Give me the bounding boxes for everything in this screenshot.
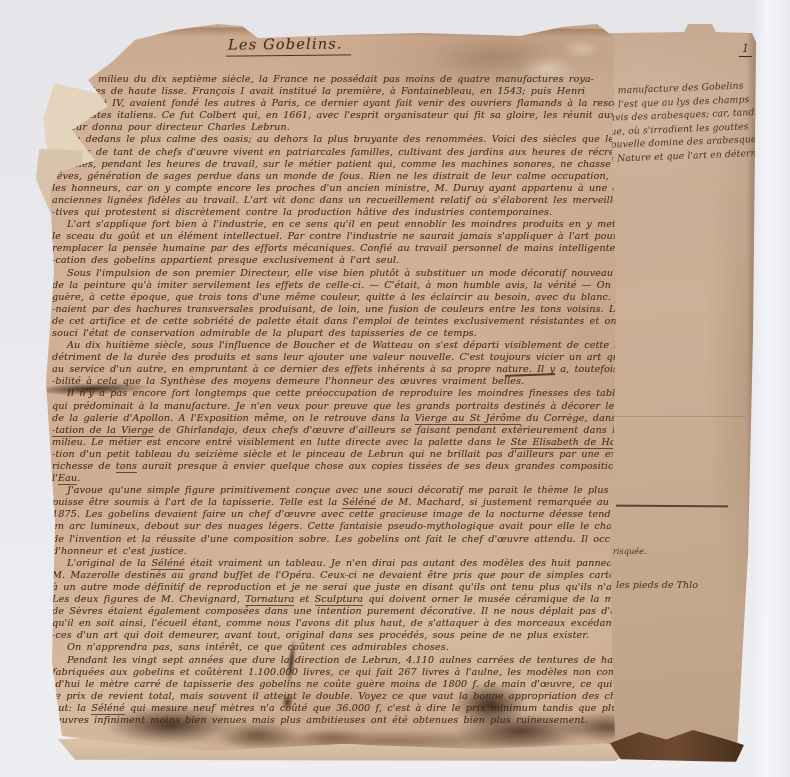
manuscript-line: Au dix huitième siècle, sous l'influence… <box>52 340 614 352</box>
manuscript-line: -tion d'un petit tableau du seizième siè… <box>52 449 614 461</box>
manuscript-paragraph: J'avoue qu'une simple figure primitiveme… <box>52 485 614 558</box>
manuscript-line: milieu. Le métier est encore entré visib… <box>52 437 614 449</box>
manuscript-paragraph: Au dedans le plus calme des oasis; au de… <box>52 134 614 219</box>
manuscript-line: l'Eau. <box>52 473 614 485</box>
manuscript-sheet: Les Gobelins. milieu du dix septième siè… <box>40 22 618 752</box>
manuscript-paragraph: On n'apprendra pas, sans intérêt, ce que… <box>52 642 614 654</box>
margin-note: les pieds de Thlo <box>616 580 698 591</box>
manuscript-line: détriment de la durée des produits et sa… <box>52 352 614 364</box>
manuscript-line: remplacer la pensée humaine par des effo… <box>52 243 614 255</box>
manuscript-line: le sceau du goût et un élément intellect… <box>52 231 614 243</box>
manuscript-line: de l'invention et la réussite d'une comp… <box>52 534 614 546</box>
manuscript-line: qu'il en soit ainsi, l'écueil étant, com… <box>52 618 614 630</box>
manuscript-paragraph: L'art s'applique fort bien à l'industrie… <box>52 219 614 267</box>
manuscript-line: de la galerie d'Apollon. A l'Exposition … <box>52 413 614 425</box>
ink-rule-line <box>616 505 728 507</box>
manuscript-body: milieu du dix septième siècle, la France… <box>52 74 614 727</box>
manuscript-line: -tation de la Vierge de Ghirlandajo, deu… <box>52 425 614 437</box>
manuscript-line: milieu du dix septième siècle, la France… <box>52 74 614 86</box>
manuscript-line: en arc lumineux, debout sur des nuages l… <box>52 521 614 533</box>
manuscript-line: .. et Henri IV, avaient fondé les autres… <box>52 98 614 110</box>
manuscript-line: -cation des gobelins appartient presque … <box>52 255 614 267</box>
scan-edge-highlight <box>754 0 790 777</box>
manuscript-line: -naient par des hachures transversales p… <box>52 304 614 316</box>
manuscript-line: richesse de tons aurait presque à envier… <box>52 461 614 473</box>
manuscript-line: J'avoue qu'une simple figure primitiveme… <box>52 485 614 497</box>
manuscript-line: de Sèvres étaient également composées da… <box>52 606 614 618</box>
manuscript-line: les honneurs, car on y compte encore les… <box>52 183 614 195</box>
manuscript-line: obscurs de tant de chefs d'œuvre vivent … <box>52 147 614 159</box>
manuscript-line: On n'apprendra pas, sans intérêt, ce que… <box>52 642 614 654</box>
manuscript-line: anciennes lignées fidèles au travail. L'… <box>52 195 614 207</box>
manuscript-paragraph: L'original de la Séléné était vraiment u… <box>52 558 614 643</box>
manuscript-line: 1875. Les gobelins devaient faire un che… <box>52 509 614 521</box>
manuscript-line: de la peinture qu'à imiter servilement l… <box>52 280 614 292</box>
page-number: 1 <box>739 42 752 57</box>
manuscript-line: Les deux figures de M. Chevignard, Torna… <box>52 594 614 606</box>
margin-note: risquée. <box>613 546 647 556</box>
manuscript-line: Sous l'impulsion de son premier Directeu… <box>52 268 614 280</box>
scan-surface: 1 La manufacture des Gobelinsne l'est qu… <box>0 0 790 777</box>
manuscript-line: -ces d'un art qui doit demeurer, avant t… <box>52 630 614 642</box>
manuscript-title: Les Gobelins. <box>226 36 351 56</box>
manuscript-line: rêves, génération de sages perdue dans u… <box>52 171 614 183</box>
manuscript-line: L'original de la Séléné était vraiment u… <box>52 558 614 570</box>
manuscript-line: guère, à cette époque, que trois tons d'… <box>52 292 614 304</box>
manuscript-line: penchés, pendant les heures de travail, … <box>52 159 614 171</box>
manuscript-line: Pendant les vingt sept années que dure l… <box>52 655 614 667</box>
manuscript-paragraph: Il n'y a pas encore fort longtemps que c… <box>52 388 614 485</box>
manuscript-line: à un autre mode définitif de reproductio… <box>52 582 614 594</box>
manuscript-line: puisse être soumis à l'art de la tapisse… <box>52 497 614 509</box>
manuscript-line: et leur donna pour directeur Charles Leb… <box>52 122 614 134</box>
manuscript-line: qui prédominait à la manufacture. Je n'e… <box>52 401 614 413</box>
manuscript-line: de cet artifice et de cette sobriété de … <box>52 316 614 328</box>
manuscript-line: M. Mazerolle destinés au grand buffet de… <box>52 570 614 582</box>
manuscript-paragraph: Sous l'impulsion de son premier Directeu… <box>52 268 614 341</box>
manuscript-line: Au dedans le plus calme des oasis; au de… <box>52 134 614 146</box>
manuscript-line: L'art s'applique fort bien à l'industrie… <box>52 219 614 231</box>
manuscript-line: d'honneur et c'est justice. <box>52 546 614 558</box>
manuscript-line: des artistes italiens. Ce fut Colbert qu… <box>52 110 614 122</box>
manuscript-line: -tives qui protestent si discrètement co… <box>52 207 614 219</box>
manuscript-line: tapisseries de haute lisse. François I a… <box>52 86 614 98</box>
manuscript-paragraph: milieu du dix septième siècle, la France… <box>52 74 614 134</box>
side-note-paragraph: La manufacture des Gobelinsne l'est que … <box>602 79 755 166</box>
bottom-ink-stain <box>92 675 632 751</box>
manuscript-line: souci l'état de conservation admirable d… <box>52 328 614 340</box>
